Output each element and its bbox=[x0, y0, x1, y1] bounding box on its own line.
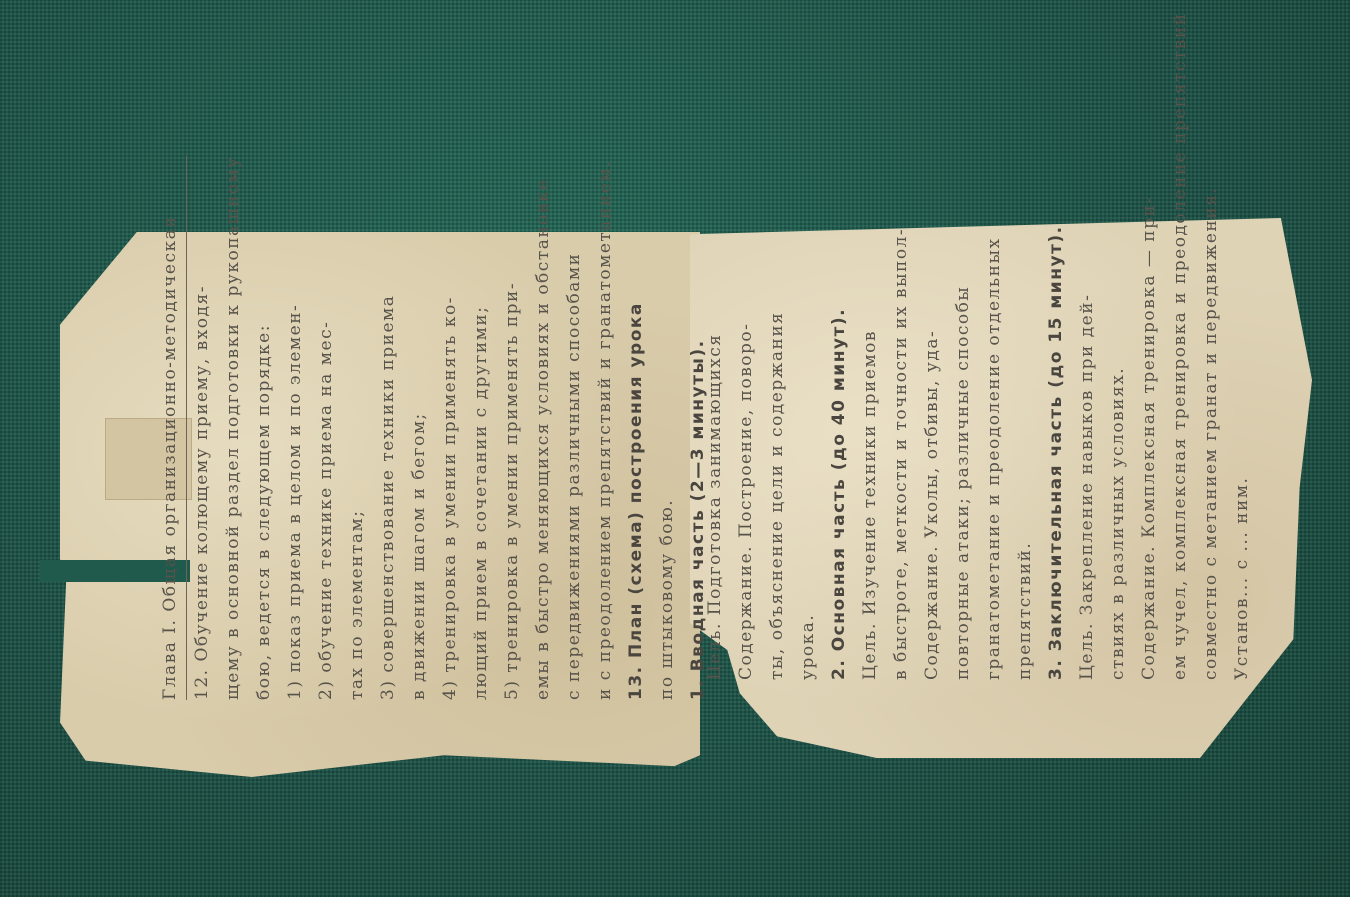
right-text-block: Цель. Подготовка занимающихся Содержание… bbox=[700, 12, 1258, 680]
photo-scene: Глава I. Общая организационно-методическ… bbox=[0, 0, 1350, 897]
text-line: бою, ведется в следующем порядке: bbox=[249, 156, 280, 700]
text-line: 3) совершенствование техники приема bbox=[373, 156, 404, 700]
text-line: емы в быстро меняющихся условиях и обста… bbox=[528, 156, 559, 700]
text-line: Цель. Подготовка занимающихся bbox=[700, 12, 731, 680]
text-line: Установ... с ... ним. bbox=[1227, 12, 1258, 680]
chapter-header: Глава I. Общая организационно-методическ… bbox=[155, 156, 187, 700]
section-title: 13. План (схема) построения урока bbox=[621, 156, 652, 700]
text-line: в движении шагом и бегом; bbox=[404, 156, 435, 700]
text-line: гранатометание и преодоление отдельных bbox=[979, 12, 1010, 680]
text-line: совместно с метанием гранат и передвижен… bbox=[1196, 12, 1227, 680]
text-line: 12. Обучение колющему приему, входя- bbox=[187, 156, 218, 700]
text-line: Содержание. Уколы, отбивы, уда- bbox=[917, 12, 948, 680]
text-line: 1) показ приема в целом и по элемен- bbox=[280, 156, 311, 700]
left-text-block: Глава I. Общая организационно-методическ… bbox=[155, 156, 714, 700]
text-line: в быстроте, меткости и точности их выпол… bbox=[886, 12, 917, 680]
subsection-title: 2. Основная часть (до 40 минут). bbox=[824, 12, 855, 680]
text-line: с передвижениями различными способами bbox=[559, 156, 590, 700]
text-line: ты, объяснение цели и содержания bbox=[762, 12, 793, 680]
text-line: щему в основной раздел подготовки к руко… bbox=[218, 156, 249, 700]
text-line: лющий прием в сочетании с другими; bbox=[466, 156, 497, 700]
text-line: по штыковому бою. bbox=[652, 156, 683, 700]
text-line: 4) тренировка в умении применять ко- bbox=[435, 156, 466, 700]
text-line: 5) тренировка в умении применять при- bbox=[497, 156, 528, 700]
text-line: Содержание. Комплексная тренировка — при… bbox=[1134, 12, 1165, 680]
subsection-title: 3. Заключительная часть (до 15 минут). bbox=[1041, 12, 1072, 680]
text-line: повторные атаки; различные способы bbox=[948, 12, 979, 680]
text-line: и с преодолением препятствий и гранатоме… bbox=[590, 156, 621, 700]
text-line: тах по элементам; bbox=[342, 156, 373, 700]
text-line: урока. bbox=[793, 12, 824, 680]
text-line: препятствий. bbox=[1010, 12, 1041, 680]
text-line: ем чучел, комплексная тренировка и преод… bbox=[1165, 12, 1196, 680]
text-line: ствиях в различных условиях. bbox=[1103, 12, 1134, 680]
text-line: Цель. Изучение техники приемов bbox=[855, 12, 886, 680]
text-line: 2) обучение технике приема на мес- bbox=[311, 156, 342, 700]
text-line: Содержание. Построение, поворо- bbox=[731, 12, 762, 680]
text-line: Цель. Закрепление навыков при дей- bbox=[1072, 12, 1103, 680]
